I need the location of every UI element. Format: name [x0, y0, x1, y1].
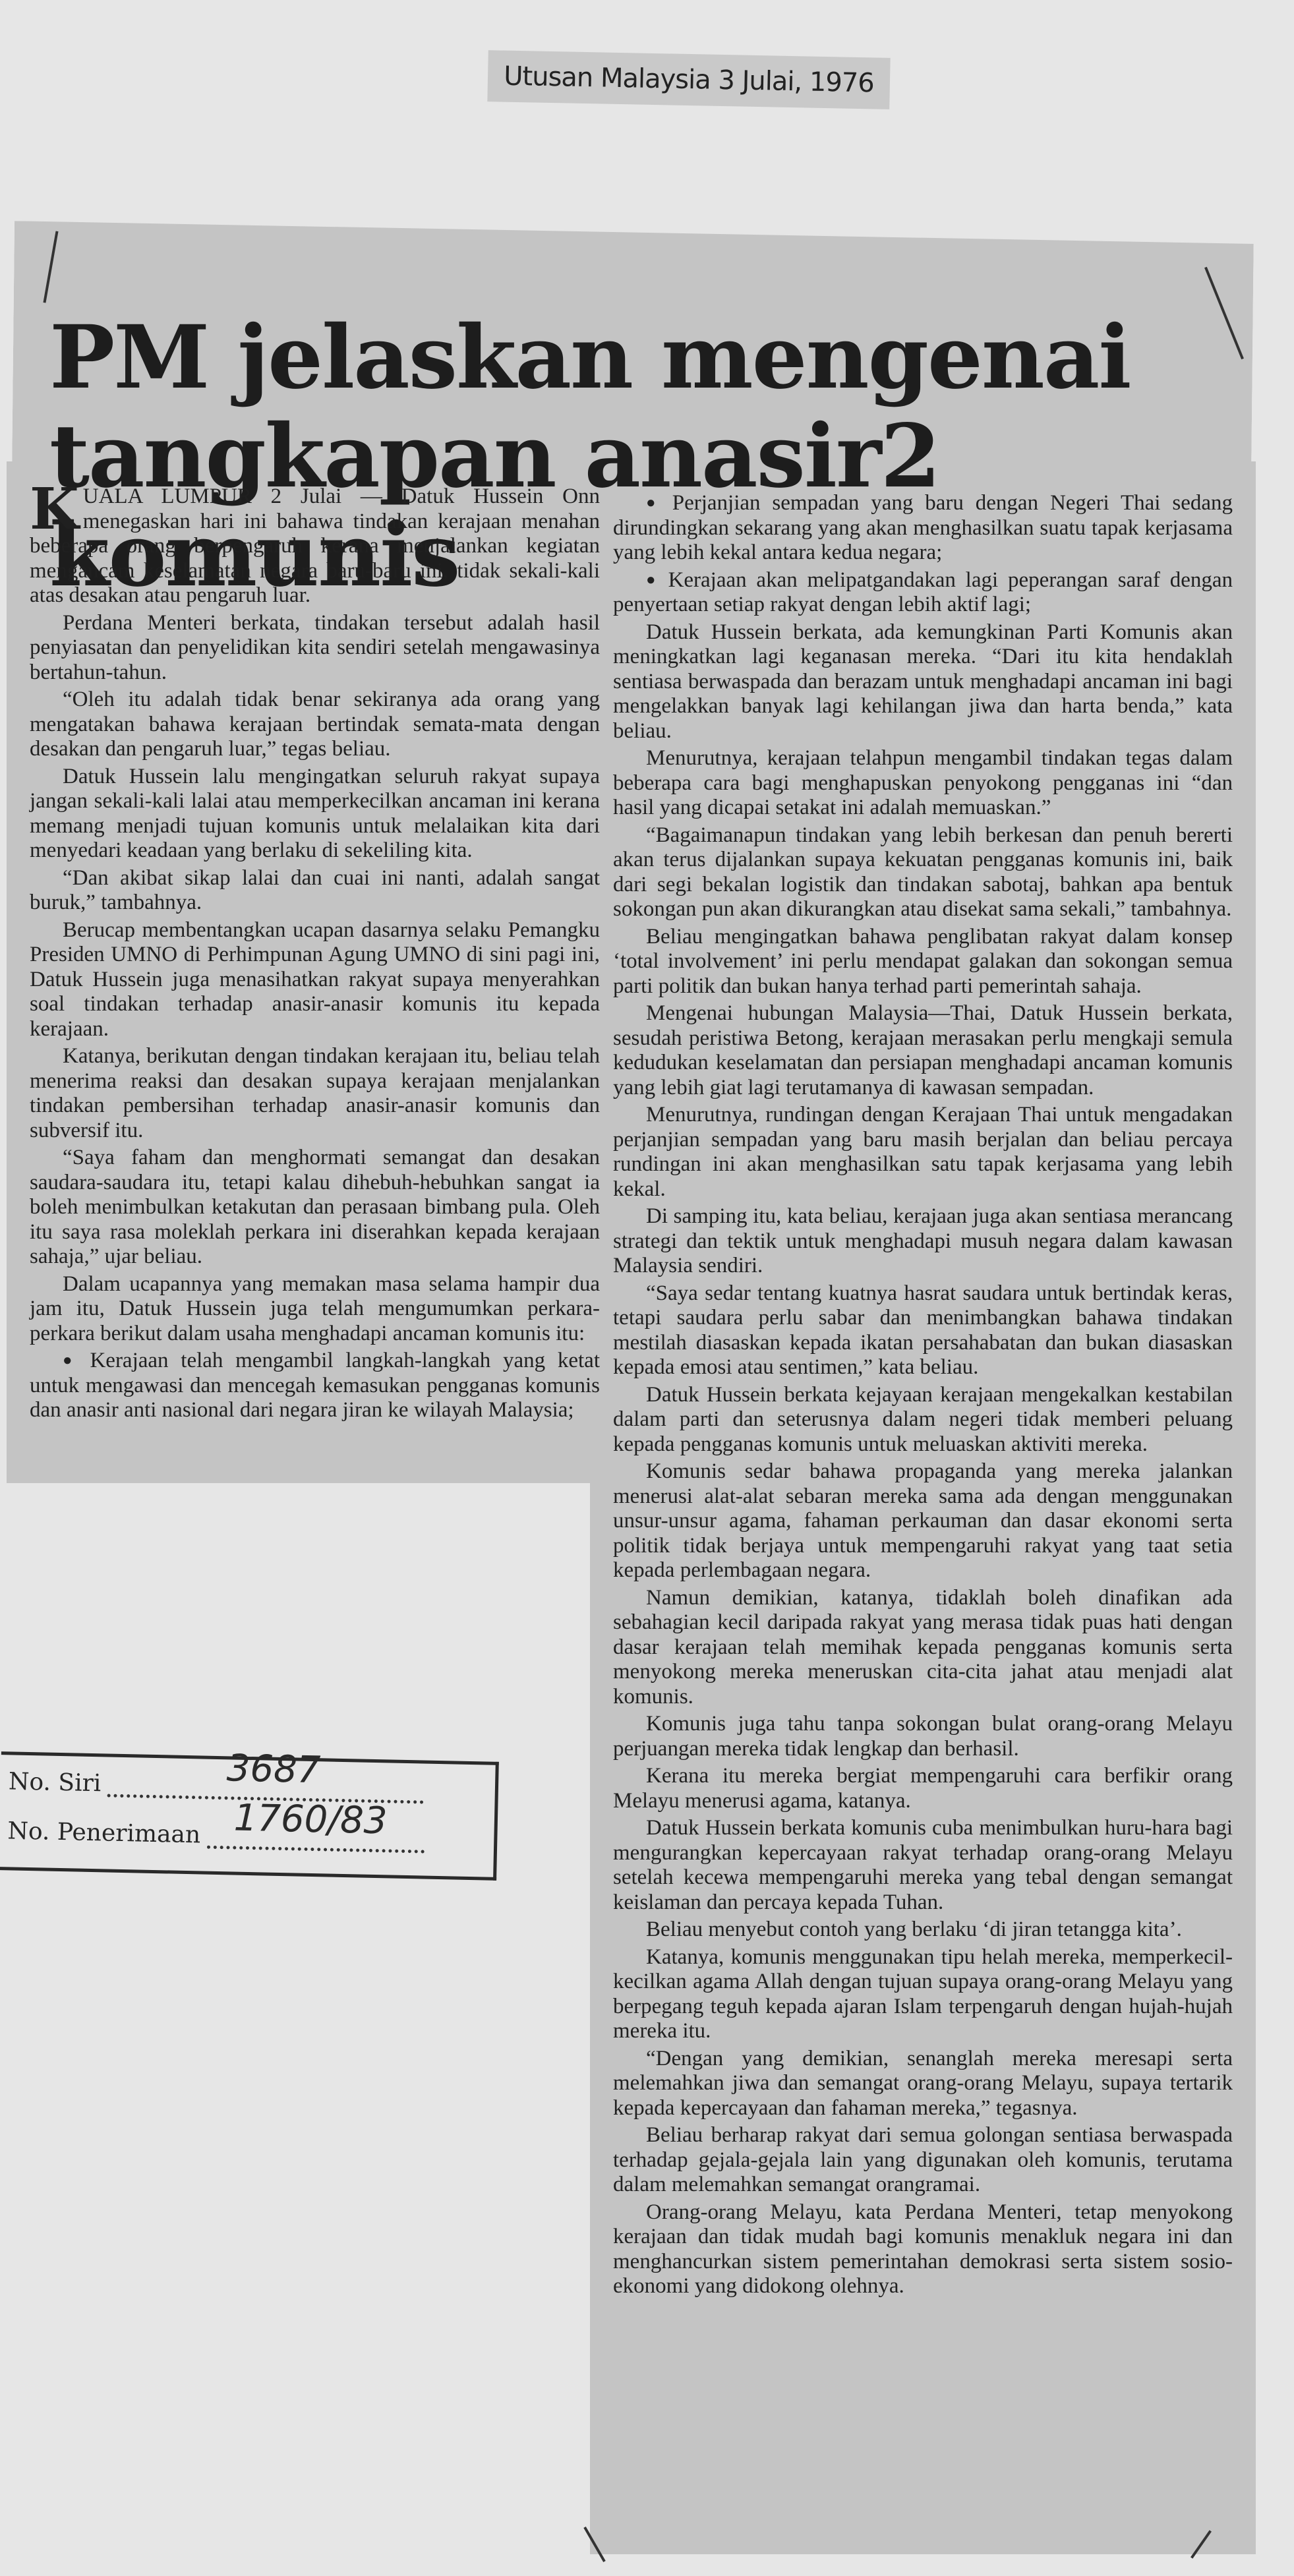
penerimaan-field: 1760/83	[207, 1826, 425, 1854]
drop-cap: K	[30, 487, 79, 532]
article-paragraph: Menurutnya, rundingan dengan Kerajaan Th…	[613, 1103, 1233, 1202]
source-label: Utusan Malaysia 3 Julai, 1976	[487, 50, 890, 109]
article-paragraph: Datuk Hussein berkata, ada kemungkinan P…	[613, 620, 1233, 744]
article-paragraph: Menurutnya, kerajaan telahpun mengambil …	[613, 746, 1233, 821]
article-paragraph: Datuk Hussein berkata kejayaan kerajaan …	[613, 1383, 1233, 1457]
article-paragraph: KUALA LUMPUR 2 Julai — Datuk Hussein Onn…	[30, 484, 600, 608]
article-paragraph: Namun demikian, katanya, tidaklah boleh …	[613, 1586, 1233, 1710]
siri-label: No. Siri	[9, 1768, 102, 1797]
article-paragraph: “Oleh itu adalah tidak benar sekiranya a…	[30, 688, 600, 762]
penerimaan-label: No. Penerimaan	[7, 1817, 201, 1848]
article-paragraph: Orang-orang Melayu, kata Perdana Menteri…	[613, 2200, 1233, 2299]
article-paragraph: Katanya, berikutan dengan tindakan keraj…	[30, 1044, 600, 1143]
article-paragraph: Datuk Hussein berkata komunis cuba menim…	[613, 1816, 1233, 1915]
article-paragraph: Berucap membentangkan ucapan dasarnya se…	[30, 918, 600, 1042]
article-paragraph: Di samping itu, kata beliau, kerajaan ju…	[613, 1204, 1233, 1279]
stamp-row-siri: No. Siri 3687	[9, 1768, 425, 1803]
article-paragraph: Perdana Menteri berkata, tindakan terseb…	[30, 611, 600, 686]
article-paragraph: Mengenai hubungan Malaysia—Thai, Datuk H…	[613, 1001, 1233, 1100]
article-paragraph: Beliau mengingatkan bahawa penglibatan r…	[613, 925, 1233, 999]
article-paragraph: “Bagaimanapun tindakan yang lebih berkes…	[613, 823, 1233, 922]
source-label-text: Utusan Malaysia 3 Julai, 1976	[504, 61, 874, 99]
article-paragraph: Datuk Hussein lalu mengingatkan seluruh …	[30, 765, 600, 864]
article-paragraph: Komunis sedar bahawa propaganda yang mer…	[613, 1459, 1233, 1583]
siri-value: 3687	[226, 1747, 321, 1792]
article-paragraph: Kerana itu mereka bergiat mempengaruhi c…	[613, 1764, 1233, 1813]
article-paragraph: Beliau menyebut contoh yang berlaku ‘di …	[613, 1917, 1233, 1943]
article-paragraph: “Saya sedar tentang kuatnya hasrat sauda…	[613, 1281, 1233, 1380]
article-paragraph: Katanya, komunis menggunakan tipu helah …	[613, 1945, 1233, 2044]
article-paragraph: Beliau berharap rakyat dari semua golong…	[613, 2123, 1233, 2198]
article-paragraph: “Dan akibat sikap lalai dan cuai ini nan…	[30, 866, 600, 916]
article-left-column: KUALA LUMPUR 2 Julai — Datuk Hussein Onn…	[30, 484, 600, 1426]
bullet-point: Perjanjian sempadan yang baru dengan Neg…	[613, 491, 1233, 566]
penerimaan-value: 1760/83	[233, 1797, 388, 1843]
stamp-row-penerimaan: No. Penerimaan 1760/83	[7, 1817, 425, 1853]
article-paragraph: Komunis juga tahu tanpa sokongan bulat o…	[613, 1712, 1233, 1761]
article-right-column: Perjanjian sempadan yang baru dengan Neg…	[613, 491, 1233, 2302]
article-paragraph: “Dengan yang demikian, senanglah mereka …	[613, 2047, 1233, 2121]
article-paragraph: Dalam ucapannya yang memakan masa selama…	[30, 1272, 600, 1347]
article-paragraph: “Saya faham dan menghormati semangat dan…	[30, 1146, 600, 1270]
bullet-point: Kerajaan telah mengambil langkah-langkah…	[30, 1349, 600, 1423]
archive-stamp: No. Siri 3687 No. Penerimaan 1760/83	[0, 1751, 499, 1881]
bullet-point: Kerajaan akan melipatgandakan lagi peper…	[613, 568, 1233, 618]
